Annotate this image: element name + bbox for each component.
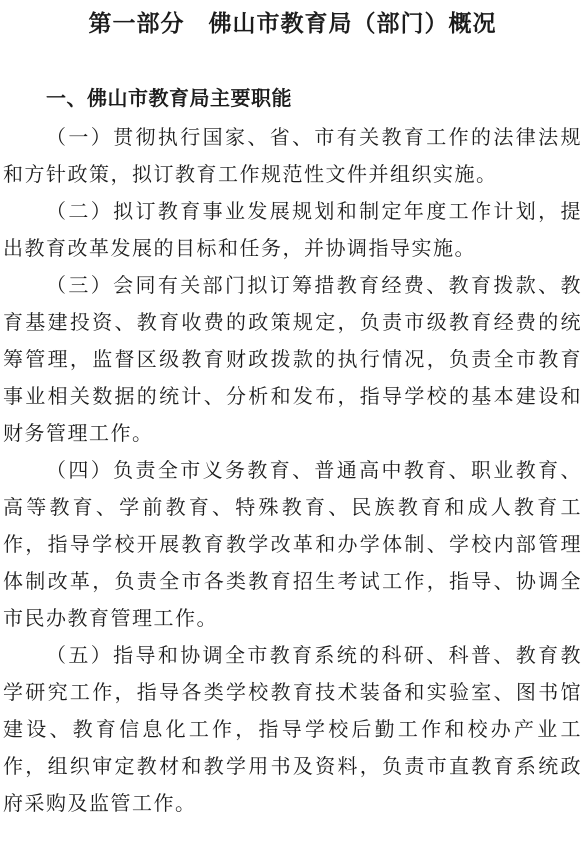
paragraph-3: （三）会同有关部门拟订筹措教育经费、教育拨款、教育基建投资、教育收费的政策规定，… [3,268,582,453]
document-title: 第一部分 佛山市教育局（部门）概况 [3,8,582,40]
paragraph-2: （二）拟订教育事业发展规划和制定年度工作计划，提出教育改革发展的目标和任务，并协… [3,194,582,268]
paragraph-5: （五）指导和协调全市教育系统的科研、科普、教育教学研究工作，指导各类学校教育技术… [3,638,582,823]
section-heading: 一、佛山市教育局主要职能 [3,86,582,112]
paragraph-1: （一）贯彻执行国家、省、市有关教育工作的法律法规和方针政策，拟订教育工作规范性文… [3,120,582,194]
document-page: 第一部分 佛山市教育局（部门）概况 一、佛山市教育局主要职能 （一）贯彻执行国家… [0,8,585,850]
document-body: （一）贯彻执行国家、省、市有关教育工作的法律法规和方针政策，拟订教育工作规范性文… [3,120,582,823]
paragraph-4: （四）负责全市义务教育、普通高中教育、职业教育、高等教育、学前教育、特殊教育、民… [3,453,582,638]
